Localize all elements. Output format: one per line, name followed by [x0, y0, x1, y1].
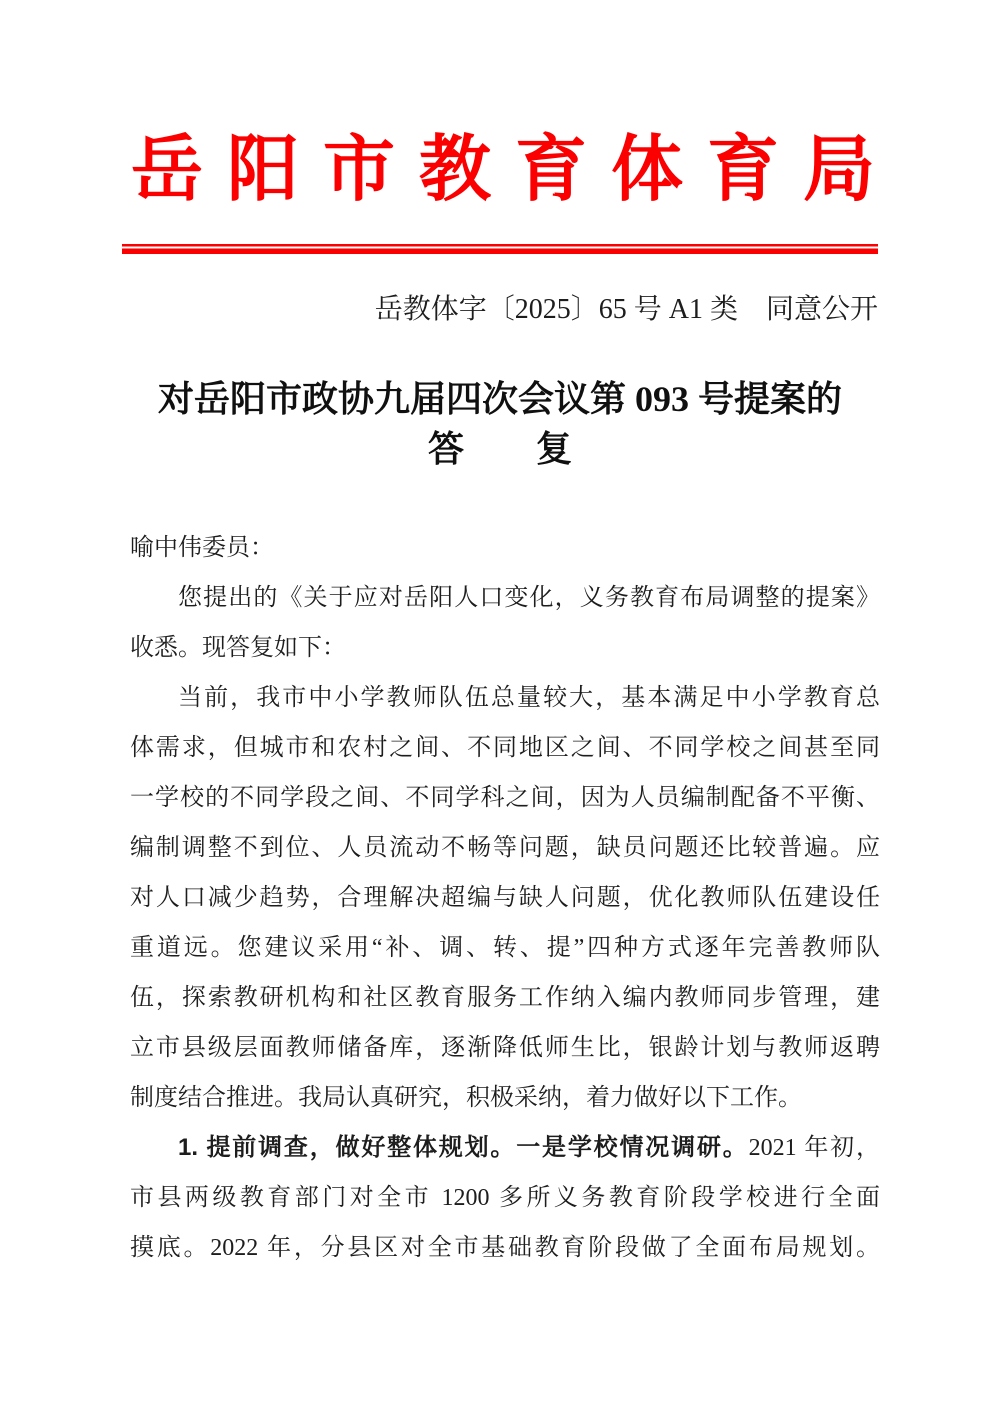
body-line: 一学校的不同学段之间、不同学科之间，因为人员编制配备不平衡、: [130, 773, 880, 823]
body-line: 制度结合推进。我局认真研究，积极采纳，着力做好以下工作。: [130, 1073, 880, 1123]
body-line: 重道远。您建议采用“补、调、转、提”四种方式逐年完善教师队: [130, 923, 880, 973]
body-line: 体需求，但城市和农村之间、不同地区之间、不同学校之间甚至同: [130, 723, 880, 773]
body-line: 收悉。现答复如下：: [130, 623, 880, 673]
sub-heading-segment: 一是学校情况调研。: [516, 1135, 748, 1161]
title-line-2: 答 复: [0, 424, 1000, 474]
document-body: 喻中伟委员： 您提出的《关于应对岳阳人口变化，义务教育布局调整的提案》 收悉。现…: [130, 523, 880, 1273]
body-line: 伍，探索教研机构和社区教育服务工作纳入编内教师同步管理，建: [130, 973, 880, 1023]
body-line-numbered-heading: 1. 提前调查，做好整体规划。一是学校情况调研。2021 年初，: [130, 1123, 880, 1173]
letterhead-org-name: 岳阳市教育体育局: [131, 131, 911, 209]
body-line-salutation: 喻中伟委员：: [130, 523, 880, 573]
document-title: 对岳阳市政协九届四次会议第 093 号提案的 答 复: [0, 374, 1000, 474]
body-line: 摸底。2022 年，分县区对全市基础教育阶段做了全面布局规划。: [130, 1223, 880, 1273]
body-line: 当前，我市中小学教师队伍总量较大，基本满足中小学教育总: [130, 673, 880, 723]
doc-number-line: 岳教体字〔2025〕65 号 A1 类 同意公开: [130, 291, 878, 329]
letterhead-divider-line: [122, 244, 878, 254]
body-line: 立市县级层面教师储备库，逐渐降低师生比，银龄计划与教师返聘: [130, 1023, 880, 1073]
body-line: 对人口减少趋势，合理解决超编与缺人问题，优化教师队伍建设任: [130, 873, 880, 923]
body-line: 市县两级教育部门对全市 1200 多所义务教育阶段学校进行全面: [130, 1173, 880, 1223]
title-line-1: 对岳阳市政协九届四次会议第 093 号提案的: [0, 374, 1000, 424]
body-line: 编制调整不到位、人员流动不畅等问题，缺员问题还比较普遍。应: [130, 823, 880, 873]
body-text-segment: 2021 年初，: [749, 1135, 880, 1161]
document-page: 岳阳市教育体育局 岳教体字〔2025〕65 号 A1 类 同意公开 对岳阳市政协…: [0, 0, 1000, 1414]
bold-heading-segment: 1. 提前调查，做好整体规划。: [178, 1134, 516, 1161]
body-line: 您提出的《关于应对岳阳人口变化，义务教育布局调整的提案》: [130, 573, 880, 623]
